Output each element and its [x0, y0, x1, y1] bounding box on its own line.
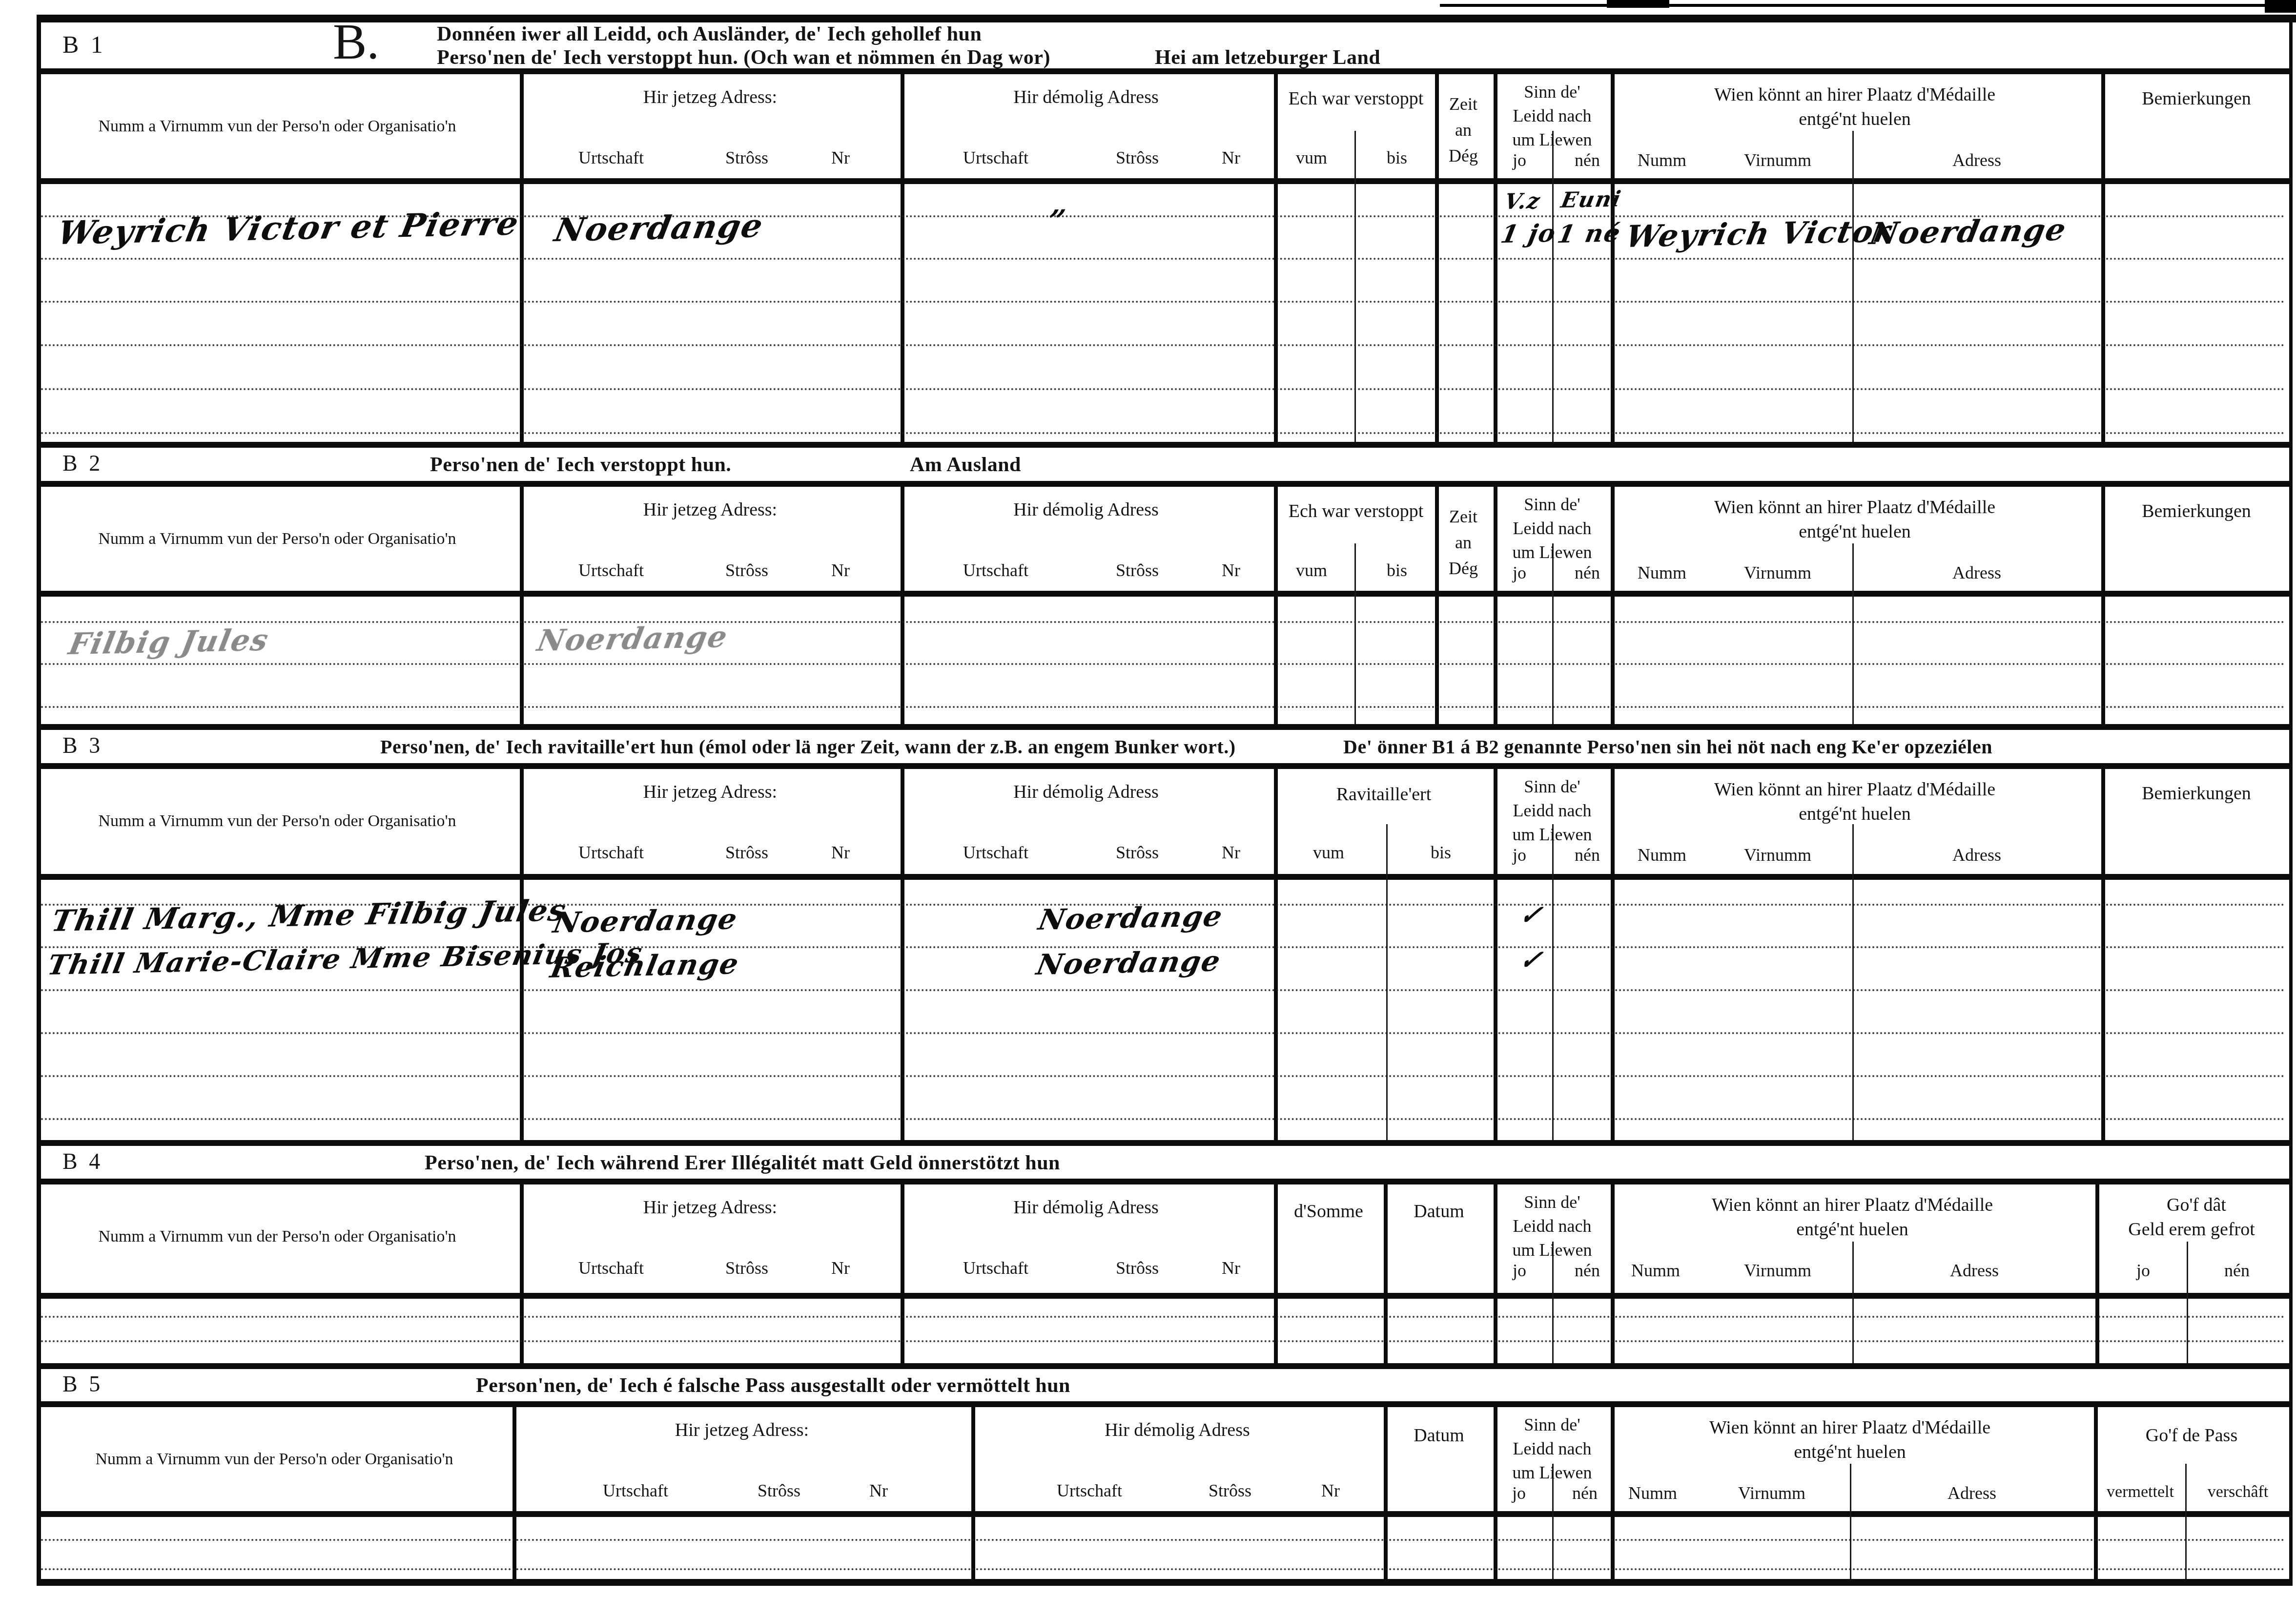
- b1-entry-nen-note: 1 né: [1555, 218, 1623, 249]
- b3-row1-name: Thill Marg., Mme Filbig Jules: [49, 893, 569, 938]
- col-alive: Sinn de': [1524, 1192, 1580, 1212]
- grid-vline-thin: [2187, 1242, 2188, 1363]
- col-bemierkungen: Bemierkungen: [2142, 500, 2251, 522]
- col-virnumm: Virnumm: [1738, 1483, 1805, 1503]
- col-ravitailleert: Ravitaille'ert: [1336, 784, 1432, 805]
- grid-vline: [520, 1179, 524, 1363]
- scan-artifact: [1607, 0, 1669, 8]
- col-medal: entgé'nt huelen: [1799, 521, 1910, 542]
- ruled-dotted-line: [41, 1316, 2286, 1318]
- b3-row2-addr-former: Noerdange: [1034, 944, 1224, 981]
- col-addr-former: Hir démolig Adress: [1013, 86, 1159, 108]
- col-jo: jo: [2136, 1260, 2150, 1281]
- col-zeit: an: [1455, 120, 1472, 140]
- col-alive: Sinn de': [1524, 82, 1580, 102]
- col-alive: Leidd nach: [1513, 1216, 1592, 1236]
- col-gof-de-pass: Go'f de Pass: [2146, 1425, 2237, 1446]
- col-virnumm: Virnumm: [1744, 1260, 1811, 1281]
- col-nen: nén: [1575, 1260, 1600, 1281]
- ruled-dotted-line: [41, 1075, 2286, 1077]
- col-addr-now: Hir jetzeg Adress:: [675, 1419, 809, 1441]
- col-nr: Nr: [1321, 1480, 1340, 1501]
- b1-entry-medal-name: Weyrich Victor: [1623, 213, 1894, 254]
- col-urtschaft: Urtschaft: [963, 147, 1028, 168]
- b3-row2-addr-now: Reichlange: [548, 947, 742, 984]
- b2-entry-name: Filbig Jules: [66, 623, 272, 662]
- col-nr: Nr: [831, 1258, 850, 1278]
- section-b1-code: B 1: [62, 30, 106, 59]
- col-nen: nén: [1575, 562, 1600, 583]
- grid-vline: [1435, 481, 1439, 724]
- col-medal: Wien könnt an hirer Plaatz d'Médaille: [1714, 779, 1995, 800]
- grid-vline-thin: [1354, 543, 1356, 724]
- col-vum: vum: [1296, 560, 1327, 581]
- col-stross: Strôss: [725, 147, 768, 168]
- col-bis: bis: [1387, 560, 1407, 581]
- grid-vline: [1611, 1179, 1615, 1363]
- col-nen: nén: [2224, 1260, 2250, 1281]
- grid-hline: [37, 591, 2292, 597]
- grid-vline-thin: [1552, 543, 1554, 724]
- form-border-right: [2289, 15, 2293, 1586]
- col-jo: jo: [1513, 845, 1526, 865]
- b3-row2-jo-check: ✓: [1517, 944, 1546, 976]
- col-zeit: Zeit: [1449, 506, 1477, 527]
- col-stross: Strôss: [1116, 147, 1159, 168]
- col-hidden: Ech war verstoppt: [1289, 88, 1423, 109]
- grid-vline: [2094, 1401, 2098, 1579]
- grid-vline-thin: [1552, 131, 1554, 442]
- col-alive: Sinn de': [1524, 1414, 1580, 1435]
- grid-vline: [1611, 1401, 1615, 1579]
- grid-vline: [520, 481, 524, 724]
- grid-vline: [1494, 1401, 1497, 1579]
- col-medal: Wien könnt an hirer Plaatz d'Médaille: [1712, 1194, 1993, 1216]
- ruled-dotted-line: [41, 1340, 2286, 1342]
- col-zeit: an: [1455, 532, 1472, 553]
- grid-vline: [1494, 1179, 1497, 1363]
- col-alive: Leidd nach: [1513, 1438, 1592, 1459]
- col-zeit: Zeit: [1449, 94, 1477, 114]
- col-alive: um Liewen: [1513, 129, 1592, 150]
- col-datum: Datum: [1414, 1425, 1464, 1446]
- col-addr-now: Hir jetzeg Adress:: [643, 86, 777, 108]
- b3-title: Perso'nen, de' Iech ravitaille'ert hun (…: [380, 735, 1235, 758]
- col-somme: d'Somme: [1294, 1201, 1363, 1222]
- grid-vline: [1384, 1179, 1388, 1363]
- col-medal: Wien könnt an hirer Plaatz d'Médaille: [1714, 497, 1995, 518]
- b3-row1-addr-former: Noerdange: [1036, 899, 1226, 936]
- grid-hline: [37, 1511, 2292, 1517]
- grid-vline-thin: [1852, 543, 1854, 724]
- col-urtschaft: Urtschaft: [963, 1258, 1028, 1278]
- ruled-dotted-line: [41, 1568, 2286, 1570]
- col-nr: Nr: [831, 560, 850, 581]
- col-urtschaft: Urtschaft: [578, 1258, 644, 1278]
- ruled-dotted-line: [41, 621, 2286, 623]
- b1-entry-jo-note-top: V.z: [1502, 188, 1543, 214]
- col-virnumm: Virnumm: [1744, 150, 1811, 170]
- ruled-dotted-line: [41, 1032, 2286, 1034]
- grid-vline-thin: [1852, 824, 1854, 1140]
- b3-row1-addr-now: Noerdange: [551, 902, 741, 939]
- ruled-dotted-line: [41, 432, 2286, 434]
- grid-hline: [37, 1363, 2292, 1369]
- col-addr-former: Hir démolig Adress: [1013, 781, 1159, 803]
- b4-title: Perso'nen, de' Iech während Erer Illégal…: [425, 1151, 1060, 1175]
- section-b-letter: B.: [333, 13, 379, 71]
- col-urtschaft: Urtschaft: [1057, 1480, 1122, 1501]
- grid-vline: [1274, 763, 1278, 1140]
- grid-vline-thin: [2185, 1464, 2187, 1579]
- grid-vline-thin: [1850, 1464, 1851, 1579]
- grid-vline: [1611, 68, 1615, 442]
- grid-vline: [1384, 1401, 1388, 1579]
- col-alive: Leidd nach: [1513, 800, 1592, 821]
- col-hidden: Ech war verstoppt: [1289, 500, 1423, 522]
- ruled-dotted-line: [41, 388, 2286, 390]
- grid-vline-thin: [1354, 131, 1356, 442]
- col-adress: Adress: [1950, 1260, 1999, 1281]
- b3-title-note: De' önner B1 á B2 genannte Perso'nen sin…: [1343, 735, 1992, 758]
- grid-vline: [1274, 1179, 1278, 1363]
- grid-hline: [37, 178, 2292, 184]
- form-title-note: Hei am letzeburger Land: [1155, 46, 1380, 69]
- b5-title: Person'nen, de' Iech é falsche Pass ausg…: [476, 1374, 1070, 1397]
- col-nen: nén: [1572, 1483, 1598, 1503]
- col-alive: um Liewen: [1513, 824, 1592, 845]
- col-bemierkungen: Bemierkungen: [2142, 783, 2251, 804]
- col-alive: Leidd nach: [1513, 518, 1592, 539]
- b1-entry-jo-note: 1 jo: [1498, 219, 1558, 249]
- b1-entry-name: Weyrich Victor et Pierre: [55, 204, 522, 252]
- col-virnumm: Virnumm: [1744, 845, 1811, 865]
- col-urtschaft: Urtschaft: [578, 147, 644, 168]
- grid-hline: [37, 1140, 2292, 1146]
- b1-entry-nen-note-top: Euni: [1559, 187, 1624, 213]
- grid-vline-thin: [1852, 131, 1854, 442]
- ruled-dotted-line: [41, 1539, 2286, 1541]
- grid-vline: [901, 1179, 904, 1363]
- grid-vline: [512, 1401, 516, 1579]
- col-numm: Numm: [1638, 562, 1686, 583]
- col-alive: um Liewen: [1513, 542, 1592, 562]
- col-stross: Strôss: [1116, 1258, 1159, 1278]
- grid-vline: [1274, 68, 1278, 442]
- col-datum: Datum: [1414, 1201, 1464, 1222]
- col-nr: Nr: [1222, 560, 1240, 581]
- grid-vline: [2101, 481, 2105, 724]
- col-numm: Numm: [1631, 1260, 1680, 1281]
- grid-vline-thin: [1386, 824, 1388, 1140]
- col-jo: jo: [1513, 562, 1526, 583]
- col-adress: Adress: [1947, 1483, 1996, 1503]
- b1-entry-medal-adress: Noerdange: [1867, 212, 2070, 251]
- col-virnumm: Virnumm: [1744, 562, 1811, 583]
- section-b3-code: B 3: [62, 732, 103, 758]
- col-alive: Leidd nach: [1513, 105, 1592, 126]
- col-geld-gefrot: Geld erem gefrot: [2128, 1219, 2255, 1240]
- ruled-dotted-line: [41, 989, 2286, 991]
- grid-vline: [971, 1401, 975, 1579]
- grid-vline-thin: [1852, 1242, 1854, 1363]
- col-bemierkungen: Bemierkungen: [2142, 88, 2251, 109]
- col-nen: nén: [1575, 845, 1600, 865]
- col-numm: Numm: [1628, 1483, 1677, 1503]
- col-nen: nén: [1575, 150, 1600, 170]
- col-nr: Nr: [831, 842, 850, 863]
- grid-hline: [37, 724, 2292, 730]
- grid-vline: [1435, 68, 1439, 442]
- grid-vline: [1494, 763, 1497, 1140]
- col-urtschaft: Urtschaft: [963, 842, 1028, 863]
- ruled-dotted-line: [41, 706, 2286, 708]
- col-zeit: Dég: [1449, 558, 1478, 579]
- grid-vline: [901, 68, 904, 442]
- col-addr-now: Hir jetzeg Adress:: [643, 499, 777, 520]
- col-name-org: Numm a Virnumm vun der Perso'n oder Orga…: [98, 812, 456, 831]
- form-border-left: [37, 15, 41, 1586]
- col-urtschaft: Urtschaft: [963, 560, 1028, 581]
- col-geld-gefrot: Go'f dât: [2167, 1194, 2226, 1216]
- col-nr: Nr: [1222, 842, 1240, 863]
- col-jo: jo: [1512, 1483, 1526, 1503]
- col-urtschaft: Urtschaft: [578, 842, 644, 863]
- grid-vline: [1274, 481, 1278, 724]
- scan-artifact: [1440, 4, 2292, 7]
- col-numm: Numm: [1638, 150, 1686, 170]
- col-alive: Sinn de': [1524, 494, 1580, 515]
- form-border-bottom: [37, 1579, 2293, 1586]
- col-nr: Nr: [869, 1480, 888, 1501]
- col-bis: bis: [1387, 147, 1407, 168]
- col-medal: Wien könnt an hirer Plaatz d'Médaille: [1709, 1417, 1990, 1438]
- col-addr-former: Hir démolig Adress: [1105, 1419, 1250, 1441]
- grid-hline: [37, 1179, 2292, 1184]
- col-nr: Nr: [831, 147, 850, 168]
- col-stross: Strôss: [1116, 560, 1159, 581]
- section-b5-code: B 5: [62, 1371, 103, 1397]
- grid-vline: [901, 763, 904, 1140]
- col-addr-former: Hir démolig Adress: [1013, 1197, 1159, 1218]
- grid-hline: [37, 763, 2292, 769]
- col-adress: Adress: [1952, 845, 2001, 865]
- b2-title-note: Am Ausland: [910, 453, 1021, 477]
- col-stross: Strôss: [725, 1258, 768, 1278]
- grid-vline: [1611, 763, 1615, 1140]
- scanned-form-sheet: B 1 B. Donnéen iwer all Leidd, och Auslä…: [0, 0, 2296, 1599]
- col-jo: jo: [1513, 150, 1526, 170]
- grid-vline: [1611, 481, 1615, 724]
- grid-hline: [37, 874, 2292, 880]
- col-zeit: Dég: [1449, 145, 1478, 166]
- col-nr: Nr: [1222, 1258, 1240, 1278]
- col-addr-former: Hir démolig Adress: [1013, 499, 1159, 520]
- grid-vline: [2095, 1179, 2099, 1363]
- b1-entry-addr-former-ditto: ”: [1045, 204, 1069, 238]
- col-medal: entgé'nt huelen: [1799, 803, 1910, 825]
- col-urtschaft: Urtschaft: [603, 1480, 668, 1501]
- b2-entry-addr-now: Noerdange: [534, 620, 731, 658]
- col-nr: Nr: [1222, 147, 1240, 168]
- grid-vline: [2101, 763, 2105, 1140]
- grid-vline-thin: [1552, 824, 1554, 1140]
- grid-hline: [37, 1401, 2292, 1407]
- grid-vline: [901, 481, 904, 724]
- b1-entry-addr-now: Noerdange: [552, 207, 767, 249]
- col-bis: bis: [1431, 842, 1451, 863]
- ruled-dotted-line: [41, 663, 2286, 665]
- col-name-org: Numm a Virnumm vun der Perso'n oder Orga…: [98, 1227, 456, 1246]
- ruled-dotted-line: [41, 301, 2286, 303]
- col-alive: Sinn de': [1524, 776, 1580, 797]
- section-b2-code: B 2: [62, 450, 103, 476]
- col-adress: Adress: [1952, 150, 2001, 170]
- col-name-org: Numm a Virnumm vun der Perso'n oder Orga…: [95, 1450, 453, 1469]
- col-stross: Strôss: [725, 560, 768, 581]
- col-adress: Adress: [1952, 562, 2001, 583]
- b2-title: Perso'nen de' Iech verstoppt hun.: [430, 453, 731, 477]
- grid-hline: [37, 442, 2292, 448]
- ruled-dotted-line: [41, 344, 2286, 346]
- col-urtschaft: Urtschaft: [578, 560, 644, 581]
- col-numm: Numm: [1638, 845, 1686, 865]
- scan-artifact: [2265, 0, 2296, 13]
- grid-vline: [1494, 481, 1497, 724]
- ruled-dotted-line: [41, 258, 2286, 260]
- col-medal: entgé'nt huelen: [1799, 108, 1910, 130]
- grid-vline: [1494, 68, 1497, 442]
- col-alive: um Liewen: [1513, 1240, 1592, 1260]
- section-b4-code: B 4: [62, 1148, 103, 1174]
- col-jo: jo: [1513, 1260, 1526, 1281]
- col-medal: Wien könnt an hirer Plaatz d'Médaille: [1714, 84, 1995, 105]
- col-verschaft: verschâft: [2208, 1483, 2269, 1501]
- form-title-line2: Perso'nen de' Iech verstoppt hun. (Och w…: [437, 46, 1050, 69]
- grid-vline: [520, 68, 524, 442]
- grid-vline: [2101, 68, 2105, 442]
- grid-hline: [37, 1293, 2292, 1299]
- col-vum: vum: [1296, 147, 1327, 168]
- col-name-org: Numm a Virnumm vun der Perso'n oder Orga…: [98, 117, 456, 136]
- col-name-org: Numm a Virnumm vun der Perso'n oder Orga…: [98, 530, 456, 548]
- col-alive: um Liewen: [1513, 1462, 1592, 1483]
- col-medal: entgé'nt huelen: [1796, 1219, 1908, 1240]
- ruled-dotted-line: [41, 1118, 2286, 1120]
- col-vermettelt: vermettelt: [2107, 1483, 2174, 1501]
- col-stross: Strôss: [1209, 1480, 1251, 1501]
- col-addr-now: Hir jetzeg Adress:: [643, 1197, 777, 1218]
- col-medal: entgé'nt huelen: [1794, 1441, 1906, 1463]
- form-title-line1: Donnéen iwer all Leidd, och Ausländer, d…: [437, 22, 982, 46]
- col-addr-now: Hir jetzeg Adress:: [643, 781, 777, 803]
- col-stross: Strôss: [1116, 842, 1159, 863]
- col-vum: vum: [1313, 842, 1344, 863]
- grid-hline: [37, 481, 2292, 487]
- col-stross: Strôss: [758, 1480, 800, 1501]
- col-stross: Strôss: [725, 842, 768, 863]
